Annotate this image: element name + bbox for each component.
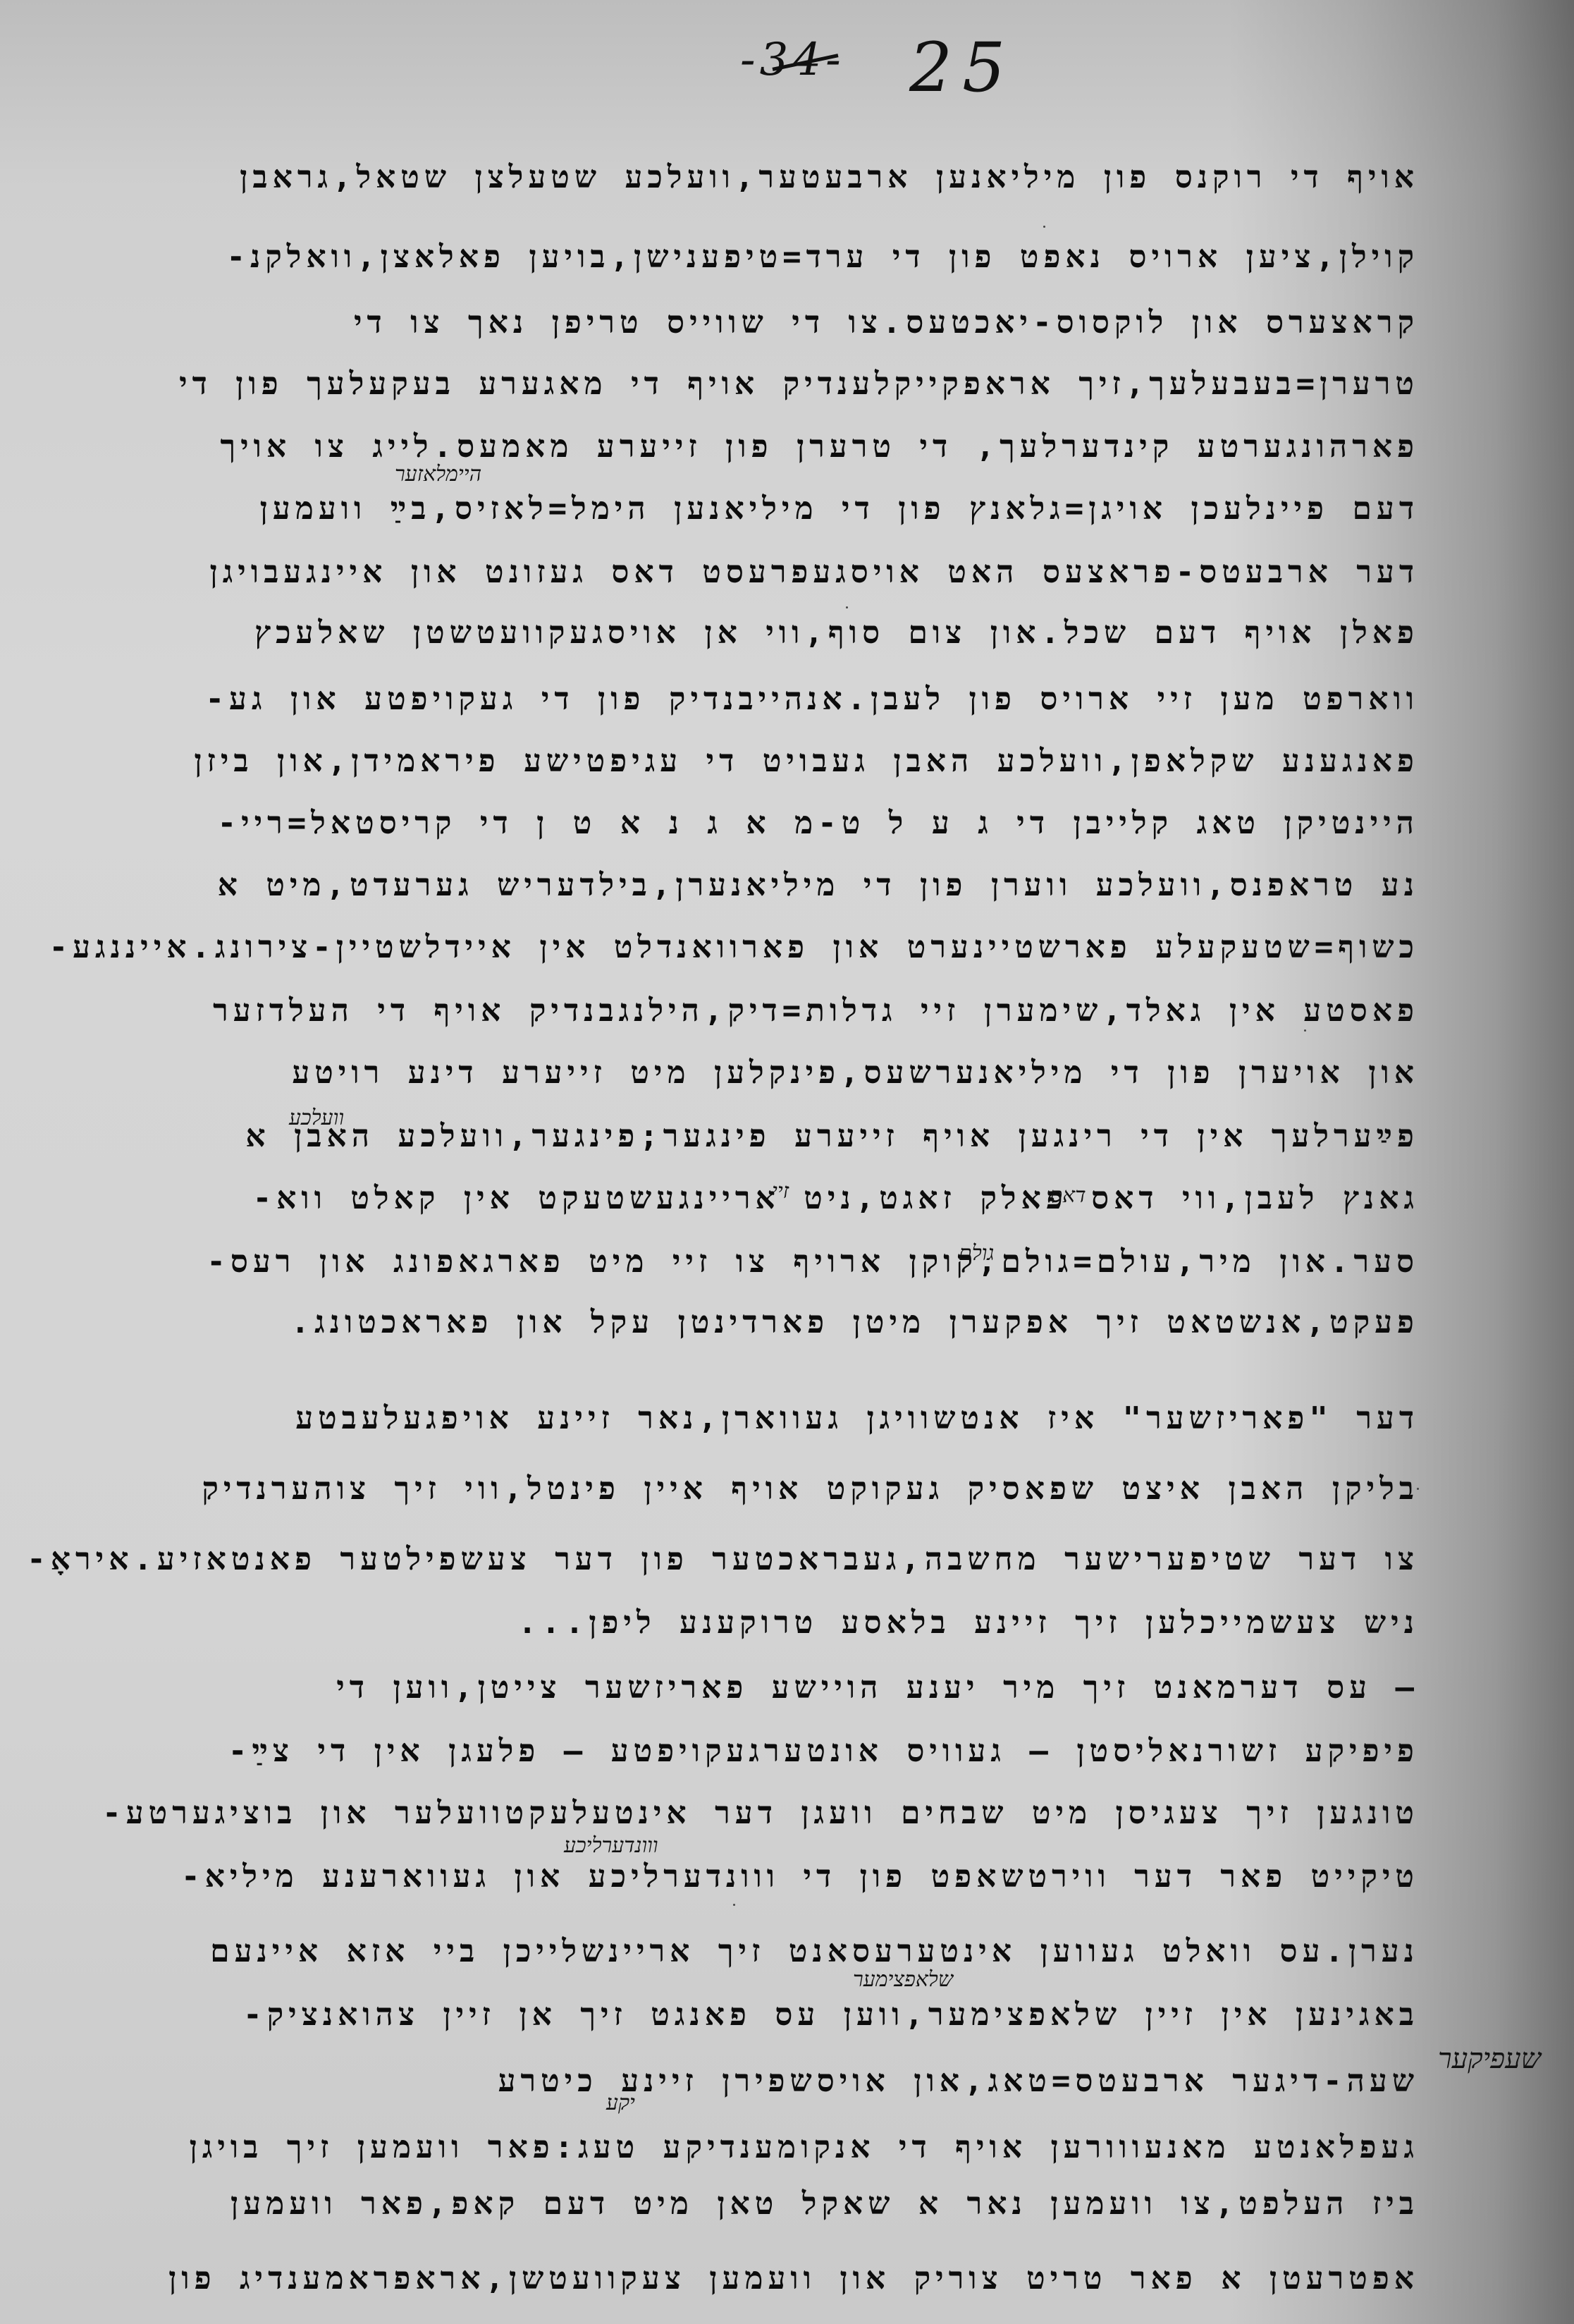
text-line: בליקן האבן איצט שפאסיק געקוקט אויף איין …	[202, 1474, 1419, 1505]
handwritten-annotation: שלאפצימער	[853, 1967, 953, 1992]
page-number-typed-crossed-out: -34-	[740, 34, 845, 86]
handwritten-annotation: זיי	[772, 1179, 789, 1204]
text-line: דעם פיינלעכן אויגן=גלאנץ פון די מיליאנען…	[260, 494, 1419, 525]
handwritten-annotation: וועלכע	[289, 1106, 344, 1130]
text-line: ניש צעשמייכלען זיך זיינע בלאסע טרוקענע ל…	[518, 1608, 1419, 1639]
handwritten-annotation: היימלאזער	[395, 462, 481, 487]
page-number-handwritten: 25	[909, 28, 1015, 107]
text-line: נע טראפנס,וועלכע ווערן פון די מיליאנערן,…	[218, 870, 1419, 901]
text-line: כשוף=שטעקעלע פארשטיינערט און פארוואנדלט …	[49, 932, 1419, 963]
text-line: טונגען זיך צעגיסן מיט שבחים וועגן דער אי…	[102, 1798, 1419, 1829]
paper-speck	[1043, 226, 1045, 228]
text-line: פארהונגערטע קינדערלעך, די טרערן פון זייע…	[220, 432, 1419, 463]
paper-speck	[846, 606, 848, 608]
text-line: פאנגענע שקלאפן,וועלכע האבן געבויט די עגי…	[194, 746, 1419, 777]
paper-speck	[733, 1904, 735, 1906]
text-line: שעה-דיגער ארבעטס=טאג,און אויסשפירן זיינע…	[498, 2066, 1419, 2097]
paper-speck	[1304, 1029, 1306, 1032]
text-line: פאסטע אין גאלד,שימערן זיי גדלות=דיק,הילנ…	[213, 996, 1419, 1027]
handwritten-annotation: דאס	[1050, 1183, 1086, 1208]
paper-speck	[1417, 1488, 1419, 1490]
margin-note: שעפיקער	[1438, 2042, 1541, 2075]
text-line: קראצערס און לוקסוס-יאכטעס.צו די שווייס ט…	[354, 307, 1419, 338]
text-line: היינטיקן טאג קלייבן די ג ע ל ט-מ א ג נ א…	[218, 808, 1419, 839]
handwritten-annotation: גולם	[959, 1241, 994, 1266]
text-line: פעקט,אנשטאט זיך אפקערן מיטן פארדינטן עקל…	[291, 1307, 1419, 1338]
text-line: אויף די רוקנס פון מיליאנען ארבעטער,וועלכ…	[240, 162, 1419, 193]
text-line: טרערן=בעבעלעך,זיך אראפקייקלענדיק אויף די…	[179, 369, 1419, 400]
text-line: און אויערן פון די מיליאנערשעס,פינקלען מי…	[292, 1058, 1419, 1089]
manuscript-page: -34- 25 אויף די רוקנס פון מיליאנען ארבעט…	[0, 0, 1574, 2324]
text-line: פײַערלעך אין די רינגען אויף זייערע פינגע…	[245, 1121, 1419, 1152]
text-line: דער ארבעטס-פראצעס האט אויסגעפרעסט דאס גע…	[210, 557, 1419, 588]
text-line: טיקייט פאר דער ווירטשאפט פון די ווונדערל…	[181, 1861, 1419, 1892]
text-line: – עס דערמאנט זיך מיר יענע הויישע פאריזשע…	[336, 1672, 1419, 1704]
text-line: אפטרעטן א פאר טריט צוריק און וועמען צעקו…	[168, 2263, 1419, 2294]
text-line: צו דער שטיפערישער מחשבה,געבראכטער פון דע…	[27, 1544, 1419, 1575]
text-line: נערן.עס וואלט געווען אינטערעסאנט זיך ארי…	[210, 1936, 1419, 1967]
text-line: פיפיקע זשורנאליסטן – געוויס אונטערגעקויפ…	[228, 1736, 1419, 1767]
handwritten-annotation: יקע	[606, 2091, 635, 2115]
text-line: פאלן אויף דעם שכל.און צום סוף,ווי אן אוי…	[254, 618, 1419, 649]
text-line: קוילן,ציען ארויס נאפט פון די ערד=טיפעניש…	[226, 242, 1419, 273]
text-line: דער "פאריזשער" איז אנטשוויגן געווארן,נאר…	[295, 1403, 1419, 1434]
text-line: ווארפט מען זיי ארויס פון לעבן.אנהייבנדיק…	[206, 684, 1419, 715]
text-line: סער.און מיר,עולם=גולם,קוקן ארויף צו זיי …	[207, 1247, 1419, 1278]
handwritten-annotation: ווונדערליכע	[564, 1833, 658, 1858]
text-line: געפלאנטע מאנעווורען אויף די אנקומענדיקע …	[190, 2132, 1419, 2163]
text-line: גאנץ לעבן,ווי דאס פאלק זאגט,ניט אריינגעש…	[253, 1183, 1419, 1214]
text-line: ביז העלפט,צו וועמען נאר א שאקל טאן מיט ד…	[230, 2189, 1419, 2220]
page-number: -34- 25	[719, 28, 1015, 106]
text-line: באגינען אין זיין שלאפצימער,ווען עס פאנגט…	[243, 2000, 1419, 2031]
